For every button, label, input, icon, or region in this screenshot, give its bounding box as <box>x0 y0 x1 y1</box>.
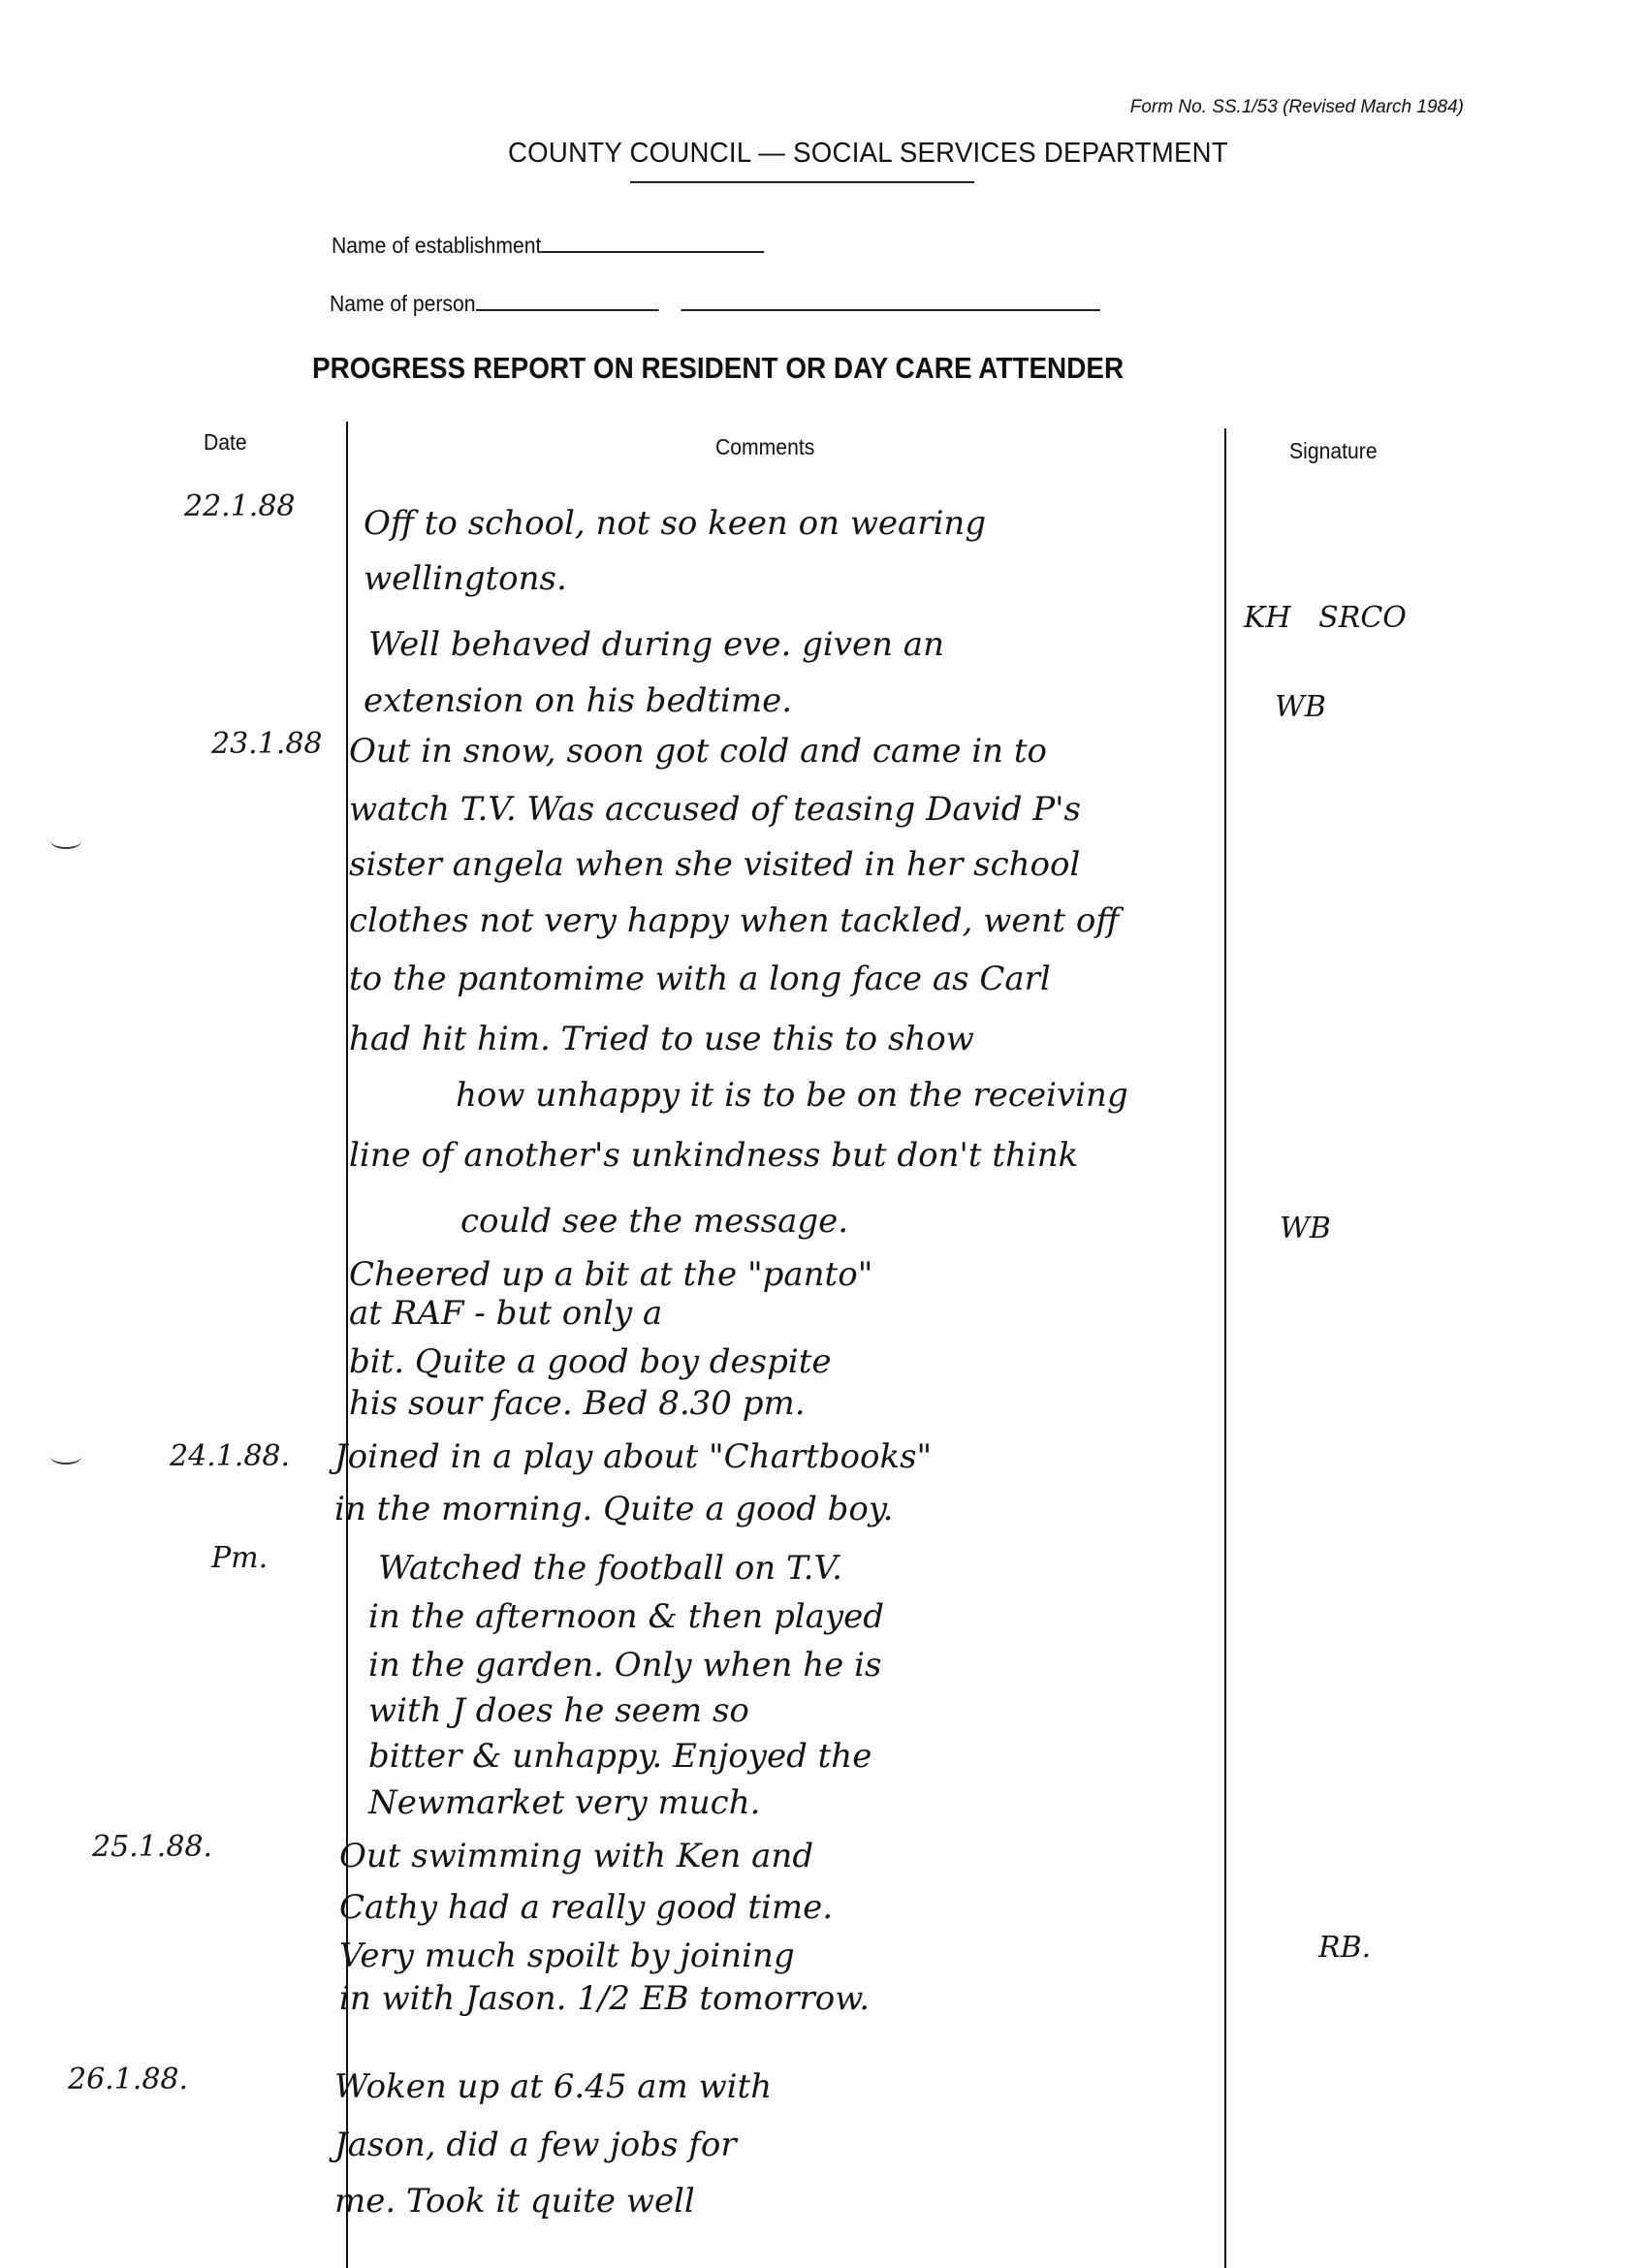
entry-comment-line: me. Took it quite well <box>334 2182 695 2221</box>
column-header-comments: Comments <box>715 434 814 460</box>
entry-comment-line: Off to school, not so keen on wearing <box>364 504 986 543</box>
entry-comment-line: at RAF - but only a <box>349 1294 662 1333</box>
establishment-blank <box>541 250 764 253</box>
entry-comment-line: sister angela when she visited in her sc… <box>349 845 1080 884</box>
person-field: Name of person <box>330 291 1100 317</box>
entry-signature: KH SRCO <box>1244 601 1407 635</box>
entry-comment-line: bit. Quite a good boy despite <box>349 1342 832 1381</box>
establishment-label: Name of establishment <box>332 233 541 258</box>
entry-comment-line: his sour face. Bed 8.30 pm. <box>349 1384 806 1423</box>
form-number: Form No. SS.1/53 (Revised March 1984) <box>1130 97 1464 118</box>
entry-comment-line: Well behaved during eve. given an <box>368 625 944 664</box>
column-header-date: Date <box>204 429 247 456</box>
entry-signature: WB <box>1280 1212 1331 1245</box>
entry-comment-line: Very much spoilt by joining <box>339 1937 795 1975</box>
column-header-signature: Signature <box>1289 438 1378 464</box>
entry-comment-line: to the pantomime with a long face as Car… <box>349 960 1051 998</box>
column-divider-right <box>1224 428 1226 2268</box>
entry-date: 25.1.88. <box>92 1830 212 1864</box>
entry-comment-line: Newmarket very much. <box>368 1783 760 1822</box>
entry-comment-line: in the afternoon & then played <box>368 1597 884 1636</box>
entry-comment-line: line of another's unkindness but don't t… <box>349 1136 1078 1175</box>
entry-comment-line: clothes not very happy when tackled, wen… <box>349 901 1119 940</box>
person-label: Name of person <box>330 291 476 316</box>
entry-signature: RB. <box>1318 1931 1371 1965</box>
person-blank-2 <box>681 308 1099 311</box>
entry-comment-line: Cathy had a really good time. <box>339 1888 833 1927</box>
person-blank <box>476 308 659 311</box>
entry-comment-line: Joined in a play about "Chartbooks" <box>334 1437 932 1476</box>
entry-date: 23.1.88 <box>211 727 323 761</box>
entry-date: 22.1.88 <box>184 489 296 523</box>
entry-comment-line: could see the message. <box>460 1202 848 1241</box>
entry-date: Pm. <box>211 1541 268 1575</box>
entry-comment-line: had hit him. Tried to use this to show <box>349 1020 974 1058</box>
establishment-field: Name of establishment <box>332 233 764 259</box>
entry-comment-line: in the morning. Quite a good boy. <box>334 1490 893 1528</box>
entry-comment-line: Out in snow, soon got cold and came in t… <box>349 732 1047 771</box>
entry-comment-line: extension on his bedtime. <box>364 681 792 720</box>
margin-mark <box>50 1449 81 1465</box>
entry-comment-line: in the garden. Only when he is <box>368 1646 881 1685</box>
entry-signature: WB <box>1275 690 1326 724</box>
report-title: PROGRESS REPORT ON RESIDENT OR DAY CARE … <box>312 351 1124 386</box>
entry-comment-line: bitter & unhappy. Enjoyed the <box>368 1737 872 1776</box>
entry-comment-line: how unhappy it is to be on the receiving <box>456 1076 1128 1115</box>
entry-comment-line: with J does he seem so <box>368 1691 749 1730</box>
entry-comment-line: Cheered up a bit at the "panto" <box>349 1255 872 1294</box>
department-underline <box>630 181 974 183</box>
entry-comment-line: wellingtons. <box>364 559 567 598</box>
entry-date: 24.1.88. <box>170 1439 290 1473</box>
entry-comment-line: Out swimming with Ken and <box>339 1837 813 1875</box>
entry-date: 26.1.88. <box>68 2063 188 2096</box>
entry-comment-line: watch T.V. Was accused of teasing David … <box>349 790 1081 829</box>
entry-comment-line: in with Jason. 1/2 EB tomorrow. <box>339 1979 870 2018</box>
entry-comment-line: Watched the football on T.V. <box>378 1549 842 1588</box>
entry-comment-line: Woken up at 6.45 am with <box>334 2067 772 2106</box>
entry-comment-line: Jason, did a few jobs for <box>334 2126 737 2164</box>
department-heading: COUNTY COUNCIL — SOCIAL SERVICES DEPARTM… <box>508 138 1228 170</box>
margin-mark <box>50 834 81 849</box>
